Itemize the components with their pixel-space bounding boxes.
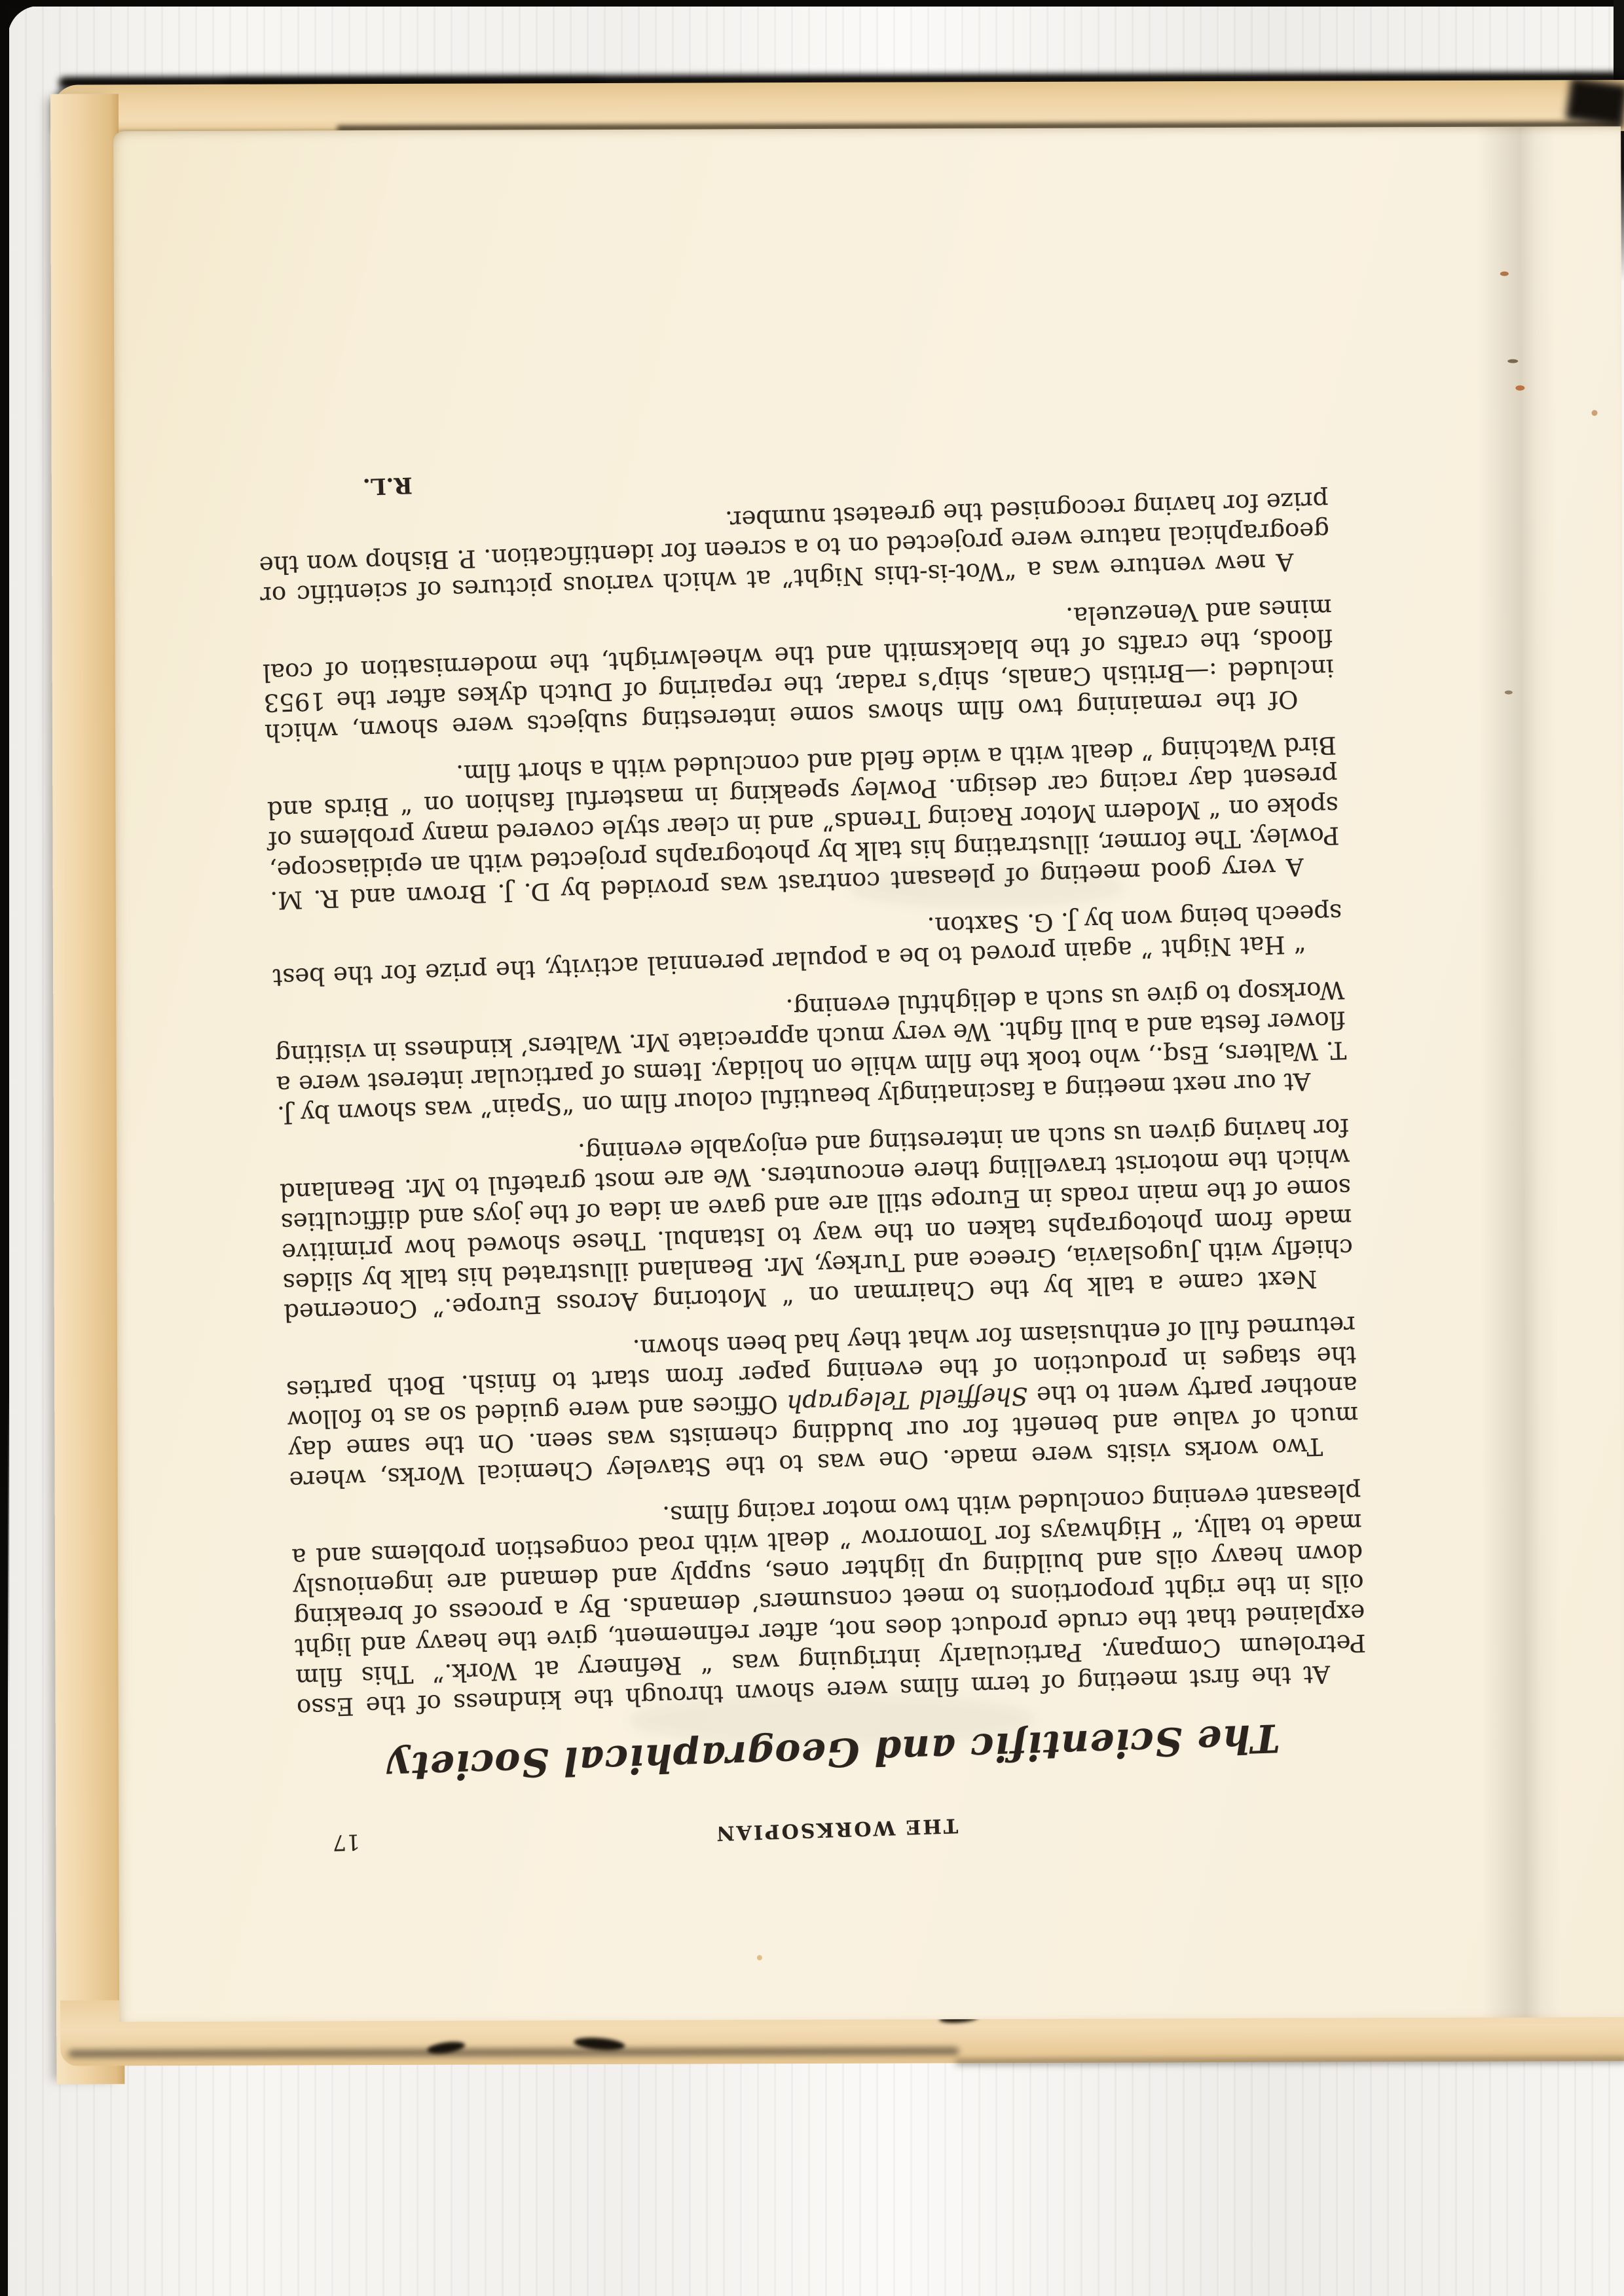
paragraph: Next came a talk by the Chairman on “ Mo… [278,1112,1354,1327]
body-text: A very good meeting of pleasant contrast… [267,731,1340,915]
body-text: Of the remaining two film shows some int… [263,594,1335,748]
book-edge-shadow [1566,78,1624,127]
foxing-dot [757,1955,762,1960]
foxing-dot [1515,386,1524,391]
article-title: The Scientific and Geographical Society [298,1713,1369,1793]
printed-page-content: THE WORKSOPIAN 17 The Scientific and Geo… [255,416,1372,1858]
page-crease-shadow [955,2057,1624,2065]
page-fold-shadow [1477,126,1561,2017]
scanned-page-canvas: THE WORKSOPIAN 17 The Scientific and Geo… [0,0,1624,2296]
article-paragraphs: At the first meeting of term films were … [258,485,1367,1723]
body-text: A new venture was a “Wot-is-this Night” … [259,486,1330,610]
paragraph: At the first meeting of term films were … [290,1477,1367,1722]
foxing-dot [1505,691,1513,695]
page-number: 17 [332,1829,360,1855]
paragraph: A new venture was a “Wot-is-this Night” … [258,485,1331,611]
paragraph: “ Hat Night ” again proved to be a popul… [271,897,1343,993]
paragraph: At our next meeting a fascinatingly beau… [274,974,1348,1130]
body-text: “ Hat Night ” again proved to be a popul… [272,898,1342,992]
foxing-dot [1500,272,1509,276]
body-text: At the first meeting of term films were … [291,1478,1367,1722]
upside-down-book: THE WORKSOPIAN 17 The Scientific and Geo… [0,0,1624,2296]
foxing-dot [1507,359,1518,363]
body-text: Next came a talk by the Chairman on “ Mo… [280,1113,1354,1326]
body-text: At our next meeting a fascinatingly beau… [275,975,1347,1129]
paragraph: Two works visits were made. One was to t… [285,1309,1360,1495]
paragraph: Of the remaining two film shows some int… [261,592,1335,748]
paragraph: A very good meeting of pleasant contrast… [266,729,1341,915]
foxing-dot [1591,410,1597,416]
